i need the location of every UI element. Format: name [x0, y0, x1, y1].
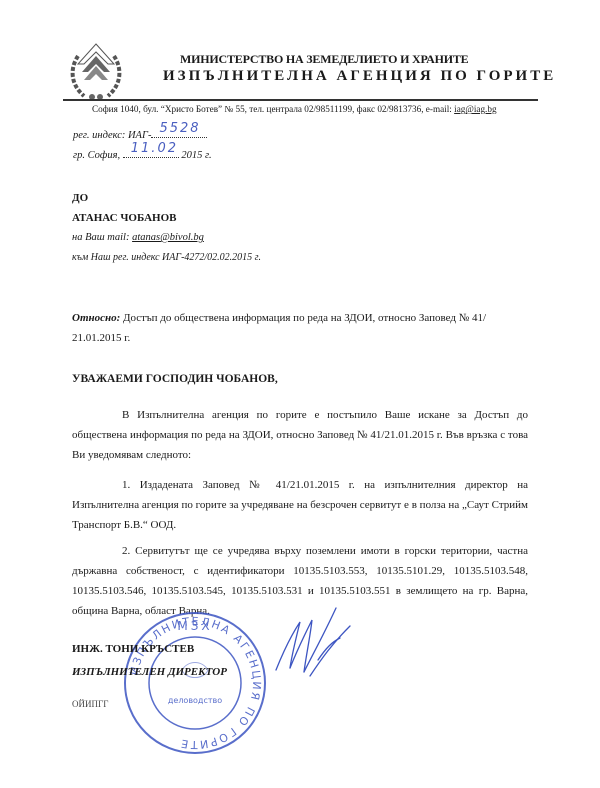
- salutation: УВАЖАЕМИ ГОСПОДИН ЧОБАНОВ,: [72, 373, 278, 385]
- signatory-title: ИЗПЪЛНИТЕЛЕН ДИРЕКТОР: [72, 666, 227, 678]
- agency-address: София 1040, бул. “Христо Ботев” № 55, те…: [92, 104, 497, 114]
- svg-text:МЗХ: МЗХ: [177, 619, 212, 633]
- agency-emblem-icon: [70, 42, 122, 104]
- letter-date: гр. София, 11.02 2015 г.: [73, 146, 212, 161]
- ministry-name: МИНИСТЕРСТВО НА ЗЕМЕДЕЛИЕТО И ХРАНИТЕ: [180, 52, 468, 67]
- recipient-mail: на Ваш mail: atanas@bivol.bg: [72, 232, 204, 243]
- handwritten-date: 11.02: [131, 141, 178, 156]
- agency-email-link[interactable]: iag@iag.bg: [454, 104, 496, 114]
- subject-line: Относно: Достъп до обществена информация…: [72, 308, 522, 348]
- recipient-to: ДО: [72, 192, 88, 204]
- reference-index: към Наш рег. индекс ИАГ-4272/02.02.2015 …: [72, 252, 261, 263]
- subject-label: Относно:: [72, 312, 120, 324]
- recipient-name: АТАНАС ЧОБАНОВ: [72, 212, 177, 224]
- agency-name: ИЗПЪЛНИТЕЛНА АГЕНЦИЯ ПО ГОРИТЕ: [163, 68, 556, 85]
- handwritten-reg-number: 5528: [159, 121, 200, 136]
- svg-text:ИЗПЪЛНИТЕЛНА АГЕНЦИЯ ПО ГОРИТЕ: ИЗПЪЛНИТЕЛНА АГЕНЦИЯ ПО ГОРИТЕ: [127, 615, 263, 751]
- author-initials: ОЙИПГГ: [72, 699, 108, 709]
- handwritten-signature-icon: [270, 598, 370, 680]
- body-paragraph-2: 1. Издадената Заповед № 41/21.01.2015 г.…: [72, 475, 528, 535]
- official-stamp-icon: ИЗПЪЛНИТЕЛНА АГЕНЦИЯ ПО ГОРИТЕ МЗХ делов…: [120, 608, 270, 758]
- recipient-email-link[interactable]: atanas@bivol.bg: [132, 232, 204, 243]
- signatory-name: ИНЖ. ТОНИ КРЪСТЕВ: [72, 643, 194, 655]
- svg-text:деловодство: деловодство: [168, 696, 222, 705]
- body-paragraph-1: В Изпълнителна агенция по горите е постъ…: [72, 405, 528, 465]
- registration-index: рег. индекс: ИАГ-5528: [73, 126, 207, 141]
- header-divider: [63, 99, 538, 101]
